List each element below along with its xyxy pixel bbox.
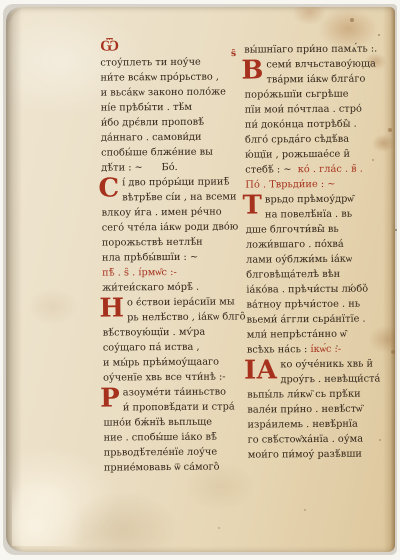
ink-text: ю́щїи , рожьшае́се и̑ [245, 149, 350, 161]
ink-text: дѣ́ти : ~ Бо́. [101, 162, 178, 174]
ink-text: прние́мовавь ѿ са́мого̏ [104, 462, 220, 474]
ink-text: соу́щаго па́ иства , [103, 342, 200, 354]
text-line: стоу́плеть ти ноу́че [100, 54, 236, 70]
text-block: пѣ̑ . ѕ̑ . і́рмѡ̑с :-жи́теи́скаго мо́рѣ̑… [102, 264, 238, 295]
rubric-initial: С [98, 176, 119, 200]
text-line: і́ дво про́ры́ци прииѣ̑ [101, 174, 237, 190]
manuscript-photo: Ѿстоу́плеть ти ноу́чени́те вса́кѡ про́рь… [0, 0, 400, 560]
text-line: вы́шнїаго при́но памѧ́ть :. [244, 41, 386, 57]
text-line: ва́тноу прѣчи́стое . нь [246, 296, 388, 312]
ink-text: влкоу и́га . имен ре́чно [102, 207, 222, 219]
ink-text: оу́ченїе хвь все чти́нѣ :- [103, 372, 226, 384]
text-line: врьдо прѣмоу́дрѡ̑ [245, 191, 387, 207]
gutter-rubric-mark: ѕ̑ [230, 49, 236, 59]
ink-text: пїи мои́ по́чтлаа . стро́ [245, 104, 362, 116]
text-line: прние́мовавь ѿ са́мого̏ [104, 459, 240, 475]
text-line: пѣ̑ . ѕ̑ . і́рмѡ̑с :- [102, 264, 238, 280]
ink-text: ко оу́че́никь хвь и̑ [280, 359, 373, 371]
ink-text: рь нелѣ́ство , іа́кѡ блго̑ [127, 311, 246, 323]
left-page-edge [6, 7, 22, 552]
ink-text: нла прѣбы́вшїи : ~ [102, 252, 198, 264]
text-line: нла прѣбы́вшїи : ~ [102, 249, 238, 265]
text-line: лами оу́блжи́мь іа́кѡ [246, 251, 388, 267]
rubric-initial: Н [99, 296, 124, 320]
ink-text: всѣхь на́сь : [247, 344, 311, 356]
text-line: вале́и при́но . невѣ́стѡ̏ [247, 401, 389, 417]
text-line: на повелѣ́нїа . вь [246, 206, 388, 222]
rubric-initial: Ѿ [100, 36, 119, 54]
text-line: влкоу и́га . имен ре́чно [102, 204, 238, 220]
ink-text: ні́е прѣбы́ти . тѣ́м [101, 102, 192, 114]
text-line: вьеми́ а́ггли сьра́нїтїе . [247, 311, 389, 327]
ink-text: і́ дво про́ры́ци прииѣ̑ [122, 176, 229, 188]
text-line: прьводѣ́теле́нїе лоу́че [104, 444, 240, 460]
ink-text: изра́илемь . невѣ́рнїа [247, 419, 357, 431]
ink-text: семи́ влчьставоу́юща [266, 58, 376, 70]
text-line: азоуме́ти та́иньство [103, 384, 239, 400]
text-line: го свѣ́стоѡ̑ха́нїа . оу́ма [248, 431, 390, 447]
text-line: ні́е прѣбы́ти . тѣ́м [101, 99, 237, 115]
ink-text: мои́го пи́моу́ разѣ́вши [248, 449, 362, 461]
text-line: и́бо дрє́вли проповѣ́ [101, 114, 237, 130]
text-line: шно́и бж́нїѣ вьпльще [103, 414, 239, 430]
text-line: и мы́рь прѣи́моу́щааго [103, 354, 239, 370]
ink-text: вале́и при́но . невѣ́стѡ̏ [247, 404, 362, 416]
ink-text: поро́жьшїи сьгрѣше [245, 89, 349, 101]
text-line: ние . спобы́ше іа́ко вѣ̑ [104, 429, 240, 445]
text-line: блговѣща́телѣ вѣн [246, 266, 388, 282]
ink-text: ние . спобы́ше іа́ко вѣ̑ [104, 432, 217, 444]
ink-text: іа́ко́ва . прѣчи́сты лю́бо̏ [246, 284, 368, 296]
text-line: пїи мои́ по́чтлаа . стро́ [245, 101, 387, 117]
ink-text: ни́те вса́кѡ про́рьство , [100, 72, 219, 84]
ink-text: и мы́рь прѣи́моу́щааго [103, 357, 219, 369]
ink-text: тва́рми іа́кѡ блга́го [266, 74, 365, 86]
text-block: Ѿстоу́плеть ти ноу́чени́те вса́кѡ про́рь… [100, 37, 237, 175]
text-block: Но є́ствои іера́сиїи мырь нелѣ́ство , іа… [102, 294, 239, 385]
ink-text: дше блгочти́вы̏ вь [246, 224, 339, 236]
text-line: мои́го пи́моу́ разѣ́вши [248, 446, 390, 462]
ink-text: блго́ срьда́го сѣдѣ́ва [245, 134, 349, 146]
text-line: сего́ чте́ла іа́кѡ роди дво́ю [102, 219, 238, 235]
ink-text: стебѣ́ : ~ [245, 164, 298, 175]
ink-text: и́бо дрє́вли проповѣ́ [101, 117, 204, 129]
rubric-initial: Т [242, 193, 262, 217]
text-block: Разоуме́ти та́иньствои́ проповѣ́дати и с… [103, 384, 240, 475]
text-block: ІАко оу́че́никь хвь и̑дроу́гь . невѣщи́с… [247, 356, 390, 462]
ink-text: вѣ́ствоую́щїи . мѵ́ра [103, 327, 206, 339]
ink-text: вѣтрѣ́ве сі́и , на всеми [122, 191, 236, 203]
text-line: поро́жьшїи сьгрѣше [245, 86, 387, 102]
text-column-right: вы́шнїаго при́но памѧ́ть :.Всеми́ влчьст… [244, 41, 390, 462]
text-line: соу́щаго па́ иства , [103, 339, 239, 355]
ink-text: дроу́гь . невѣщи́ста́ [280, 373, 380, 385]
ink-text: шно́и бж́нїѣ вьпльще [103, 417, 212, 429]
ink-text: порожьствѣ нетлѣ́н [102, 237, 203, 249]
rubric-text: пѣ̑ . ѕ̑ . і́рмѡ̑с :- [102, 267, 177, 279]
text-line: стебѣ́ : ~ ко́ . гла́с . в̑ . [245, 161, 387, 177]
text-line: и́ проповѣ́дати и стра́ [103, 399, 239, 415]
text-line: вѣ́ствоую́щїи . мѵ́ра [103, 324, 239, 340]
text-line: дѣ́ти : ~ Бо́. [101, 159, 237, 175]
ink-text: ложи́вшаго . по́хва́ [246, 239, 344, 251]
ink-text: сего́ чте́ла іа́кѡ роди дво́ю [102, 221, 239, 233]
rubric-initial: В [241, 58, 263, 82]
ink-text: лами оу́блжи́мь іа́кѡ [246, 254, 352, 266]
rubric-initial: ІА [244, 358, 278, 382]
ink-text: на повелѣ́нїа . вь [265, 209, 352, 221]
ink-text: о є́ствои іера́сиїи мы [127, 296, 235, 308]
text-line: вьпы́ль ли́кѡ̏ сь прѣ́ки [247, 386, 389, 402]
text-line: и вьса́кѡ законо поло́же [101, 84, 237, 100]
text-line: дше блгочти́вы̏ вь [246, 221, 388, 237]
text-line: іа́ко́ва . прѣчи́сты лю́бо̏ [246, 281, 388, 297]
text-line: изра́илемь . невѣ́рнїа [247, 416, 389, 432]
rubric-text: ко́ . гла́с . в̑ . [298, 164, 363, 176]
ink-text: спобы́ше блже́ние вы [101, 147, 213, 159]
text-block: вы́шнїаго при́но памѧ́ть :. [244, 41, 386, 57]
text-line: всѣхь на́сь : і́кѡ́с :- [247, 341, 389, 357]
text-line: спобы́ше блже́ние вы [101, 144, 237, 160]
ink-specks [6, 7, 8, 9]
text-block: Тврьдо прѣмоу́дрѡ̑на повелѣ́нїа . вьдше … [245, 191, 388, 357]
ink-text: ва́тноу прѣчи́стое . нь [246, 299, 360, 311]
text-column-left: Ѿстоу́плеть ти ноу́чени́те вса́кѡ про́рь… [100, 37, 240, 475]
text-block: Сі́ дво про́ры́ци прииѣ̑вѣтрѣ́ве сі́и , … [101, 174, 238, 265]
text-line: да́ннаго . самови́ди [101, 129, 237, 145]
ink-text: блговѣща́телѣ вѣн [246, 269, 340, 281]
ink-text: и́ проповѣ́дати и стра́ [123, 401, 235, 413]
text-line: блго́ срьда́го сѣдѣ́ва [245, 131, 387, 147]
text-line: вѣтрѣ́ве сі́и , на всеми [101, 189, 237, 205]
text-block: Всеми́ влчьставоу́ющатва́рми іа́кѡ блга́… [244, 56, 387, 177]
ink-text: и вьса́кѡ законо поло́же [101, 87, 226, 99]
text-line: пи́ доко́нца потрѣбы̏ . [245, 116, 387, 132]
text-line: По́ . Тврьди́ие : ~ [245, 176, 387, 192]
ink-text: врьдо прѣмоу́дрѡ̑ [265, 194, 354, 206]
rubric-initial: Р [100, 386, 120, 410]
ink-text: стоу́плеть ти ноу́че [100, 57, 201, 69]
ink-text: вы́шнїаго при́но памѧ́ть :. [244, 43, 377, 55]
ink-text: го свѣ́стоѡ̑ха́нїа . оу́ма [248, 434, 363, 446]
ink-text: мли́ непрѣста́нно ѡ̑ [247, 329, 347, 341]
ink-text: вьеми́ а́ггли сьра́нїтїе . [247, 314, 366, 326]
text-block: По́ . Тврьди́ие : ~ [245, 176, 387, 192]
text-line: семи́ влчьставоу́юща [244, 56, 386, 72]
text-line: оу́ченїе хвь все чти́нѣ :- [103, 369, 239, 385]
rubric-text: По́ . Тврьди́ие : ~ [245, 179, 335, 191]
rubric-text: і́кѡ́с :- [310, 344, 341, 355]
text-line: ложи́вшаго . по́хва́ [246, 236, 388, 252]
ink-text: да́ннаго . самови́ди [101, 132, 202, 144]
text-line: мли́ непрѣста́нно ѡ̑ [247, 326, 389, 342]
text-line: ни́те вса́кѡ про́рьство , [100, 69, 236, 85]
ink-text: прьводѣ́теле́нїе лоу́че [104, 447, 218, 459]
text-line: жи́теи́скаго мо́рѣ̑ . [102, 279, 238, 295]
ink-text: вьпы́ль ли́кѡ̏ сь прѣ́ки [247, 389, 360, 401]
text-line: порожьствѣ нетлѣ́н [102, 234, 238, 250]
ink-text: жи́теи́скаго мо́рѣ̑ . [102, 282, 199, 294]
text-line: ю́щїи , рожьшае́се и̑ [245, 146, 387, 162]
text-line: тва́рми іа́кѡ блга́го [244, 71, 386, 87]
ink-text: пи́ доко́нца потрѣбы̏ . [245, 119, 357, 131]
ink-text: азоуме́ти та́иньство [123, 387, 226, 399]
